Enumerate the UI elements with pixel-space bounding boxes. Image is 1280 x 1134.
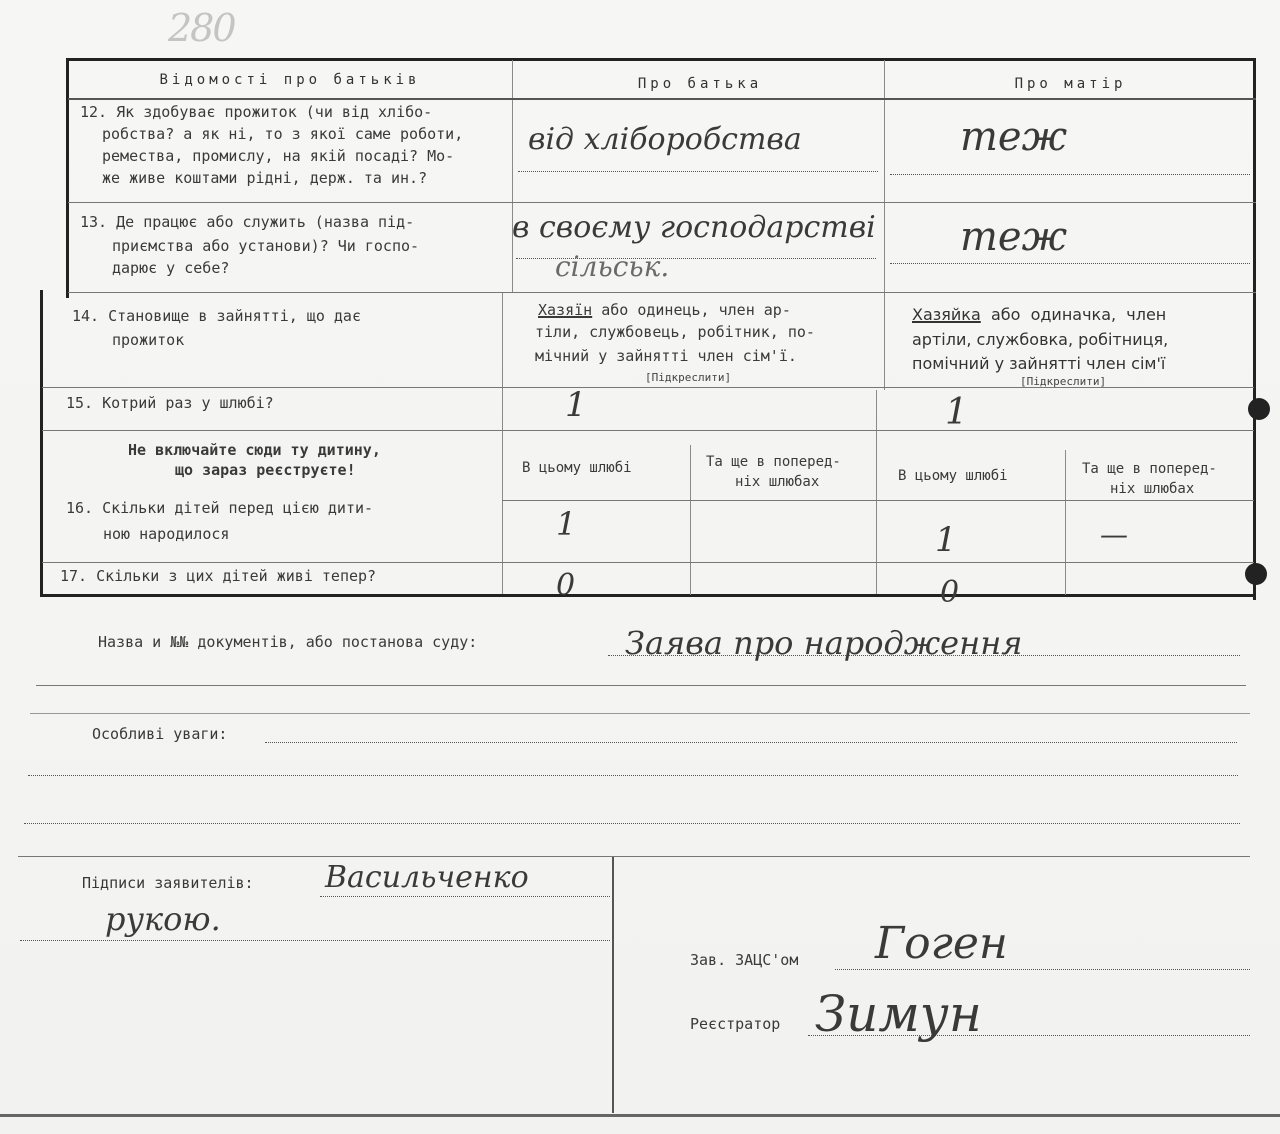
q13-line-3: дарює у себе? <box>112 258 229 279</box>
remarks-label: Особливі уваги: <box>92 724 227 745</box>
q16-mother-prev[interactable]: — <box>1100 518 1128 551</box>
note-line-2: що зараз реєструєте! <box>175 460 356 481</box>
q13-mother-answer[interactable]: теж <box>960 214 1067 260</box>
applicants-signature-2[interactable]: рукою. <box>105 900 221 938</box>
q12-father-dotline <box>518 171 878 172</box>
q12-mother-answer[interactable]: теж <box>960 114 1067 160</box>
head-dotline <box>835 969 1250 970</box>
q16-line-1: 16. Скільки дітей перед цією дити- <box>66 498 373 519</box>
row-divider-12 <box>68 202 1256 203</box>
q14-father-line-2: тіли, службовець, робітник, по- <box>535 322 815 343</box>
q14-father-line-1: Хазяїн або одинець, член ар- <box>538 300 791 321</box>
punch-hole-top <box>1248 398 1270 420</box>
header-mother: Про матір <box>888 76 1253 92</box>
q12-line-1: 12. Як здобуває прожиток (чи від хлібо- <box>80 102 432 123</box>
applicants-dotline-1 <box>320 896 610 897</box>
head-label: Зав. ЗАЦС'ом <box>690 950 798 971</box>
q13-line-2: приємства або установи)? Чи госпо- <box>112 236 419 257</box>
q13-line-1: 13. Де працює або служить (назва під- <box>80 212 414 233</box>
q12-line-4: же живе коштами рідні, держ. та ин.? <box>102 168 427 189</box>
row-divider-13 <box>68 292 1256 293</box>
q14-father-hint: [Підкреслити] <box>645 371 731 384</box>
q12-father-answer[interactable]: від хліборобства <box>528 122 802 157</box>
frame-top <box>68 58 1256 61</box>
frame-left-top <box>66 58 69 298</box>
q14-father-line-3: мічний у зайнятті член сім'ї. <box>535 346 797 367</box>
q17-mother-this[interactable]: 0 <box>940 575 959 610</box>
q12-line-2: робства? а як ні, то з якої саме роботи, <box>102 124 463 145</box>
q14-mother-line-1: Хазяйка або одиначка, член <box>912 302 1166 327</box>
q14-mother-line-3: помічний у зайнятті член сім'ї <box>912 351 1165 376</box>
q16-line-2: ною народилося <box>103 524 229 545</box>
father-subheader-this: В цьому шлюбі <box>522 458 632 479</box>
mother-subheader-this: В цьому шлюбі <box>898 466 1008 487</box>
section-divider <box>30 713 1250 714</box>
q16-mother-this[interactable]: 1 <box>935 520 957 560</box>
head-signature[interactable]: Гоген <box>875 918 1008 969</box>
documents-label: Назва и №№ документів, або постанова суд… <box>98 632 477 653</box>
q17-father-this[interactable]: 0 <box>556 568 575 603</box>
remarks-dotline-1[interactable] <box>265 742 1237 743</box>
applicants-label: Підписи заявителів: <box>82 873 254 894</box>
mother-subheader-prev-2: ніх шлюбах <box>1110 479 1194 500</box>
mother-subheader-prev-1: Та ще в поперед- <box>1082 459 1217 480</box>
q15-father-answer[interactable]: 1 <box>565 385 587 425</box>
remarks-dotline-3[interactable] <box>24 823 1240 824</box>
frame-bottom <box>40 594 1255 597</box>
q14-mother-underlined[interactable]: Хазяйка <box>912 305 981 324</box>
frame-right <box>1253 60 1256 600</box>
frame-left-bottom <box>40 290 43 596</box>
remarks-dotline-2[interactable] <box>28 775 1238 776</box>
documents-value[interactable]: Заява про народження <box>625 624 1022 662</box>
signatures-top-line <box>18 856 1250 857</box>
col-divider-father-sub <box>690 445 691 595</box>
q12-line-3: ремества, промислу, на якій посаді? Мо- <box>102 146 454 167</box>
q14-mother-line-2: артіли, службовка, робітниця, <box>912 327 1168 352</box>
q13-father-answer-2[interactable]: сільськ. <box>555 250 669 283</box>
col-divider-mother-sub <box>1065 450 1066 595</box>
col-divider-2 <box>884 60 885 390</box>
registrar-signature[interactable]: Зимун <box>815 985 982 1043</box>
row-divider-16 <box>42 562 1254 563</box>
row-divider-14 <box>42 387 1254 388</box>
header-divider <box>68 98 1256 100</box>
subheader-divider <box>502 500 1254 501</box>
note-line-1: Не включайте сюди ту дитину, <box>128 440 381 461</box>
documents-line-2 <box>36 685 1246 686</box>
registration-form-page: 280 Відомості про батьків Про батька Про… <box>0 0 1280 1134</box>
father-subheader-prev-2: ніх шлюбах <box>735 472 819 493</box>
q15-mother-answer[interactable]: 1 <box>945 392 968 433</box>
father-subheader-prev-1: Та ще в поперед- <box>706 452 841 473</box>
signatures-divider <box>612 857 614 1113</box>
col-divider-1b <box>502 292 503 594</box>
q17-label: 17. Скільки з цих дітей живі тепер? <box>60 566 376 587</box>
q13-mother-dotline <box>890 263 1250 264</box>
registrar-label: Реєстратор <box>690 1014 780 1035</box>
applicants-dotline-2 <box>20 940 610 941</box>
q14-father-underlined[interactable]: Хазяїн <box>538 301 592 319</box>
q16-father-this[interactable]: 1 <box>556 505 576 543</box>
punch-hole-bottom <box>1245 563 1267 585</box>
page-bottom-edge <box>0 1114 1280 1117</box>
q13-father-answer-1[interactable]: в своєму господарстві <box>512 210 876 245</box>
q14-line-2: прожиток <box>112 330 184 351</box>
row-divider-15 <box>42 430 1254 431</box>
header-father: Про батька <box>515 76 885 92</box>
q14-line-1: 14. Становище в зайнятті, що дає <box>72 306 361 327</box>
col-divider-2b <box>876 390 877 594</box>
col-divider-1 <box>512 60 513 292</box>
q15-label: 15. Котрий раз у шлюбі? <box>66 393 274 414</box>
q12-mother-dotline <box>890 174 1250 175</box>
archive-number: 280 <box>168 6 235 50</box>
applicants-signature-1[interactable]: Васильченко <box>325 860 529 895</box>
header-parents-info: Відомості про батьків <box>70 72 510 88</box>
